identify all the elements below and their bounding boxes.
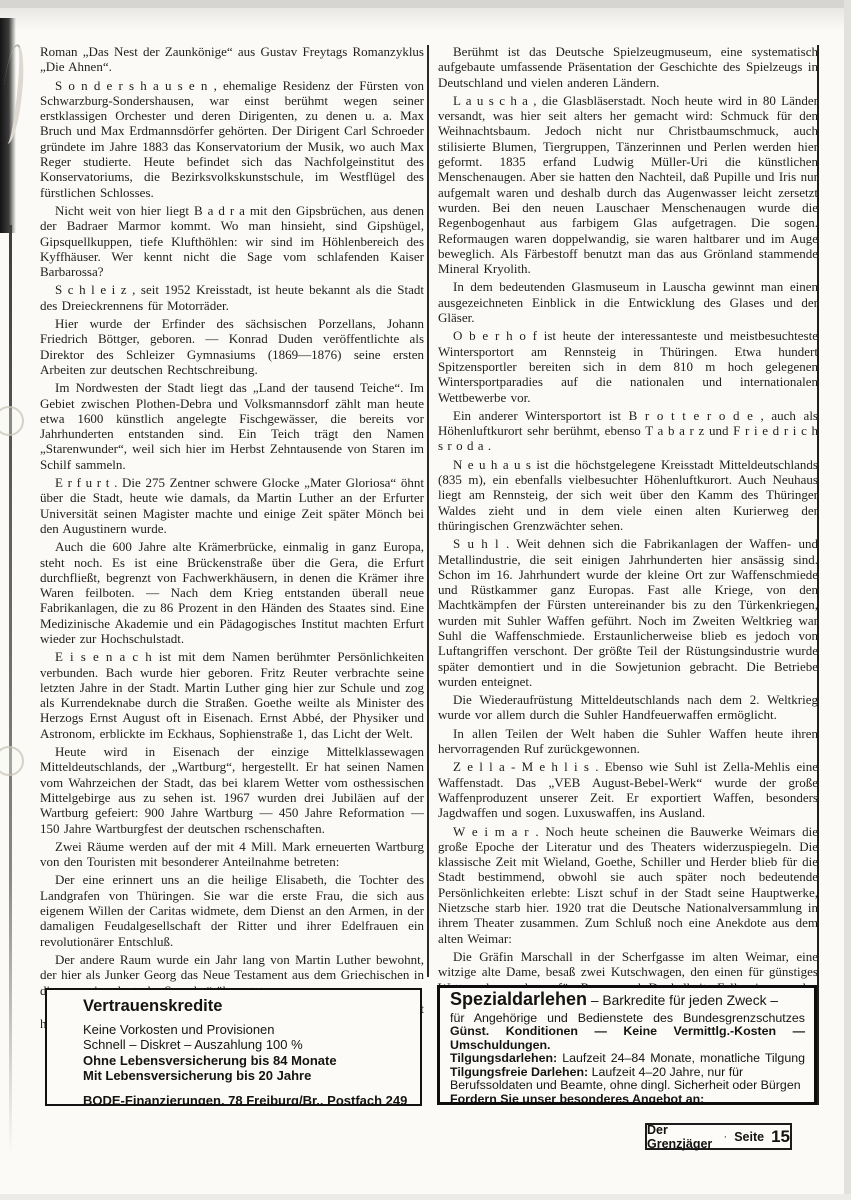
paragraph: In allen Teilen der Welt haben die Suhle… (438, 726, 818, 757)
paragraph: Die Wiederaufrüstung Mitteldeutschlands … (438, 692, 818, 723)
text-segment: Ohne Lebensversicherung bis 84 Monate (83, 1053, 337, 1068)
paragraph: Roman „Das Nest der Zaunkönige“ aus Gust… (40, 44, 424, 75)
column-divider-rule (427, 45, 429, 977)
punch-hole (0, 746, 24, 776)
binding-crease-line (9, 225, 12, 1155)
paragraph: W e i m a r . Noch heute scheinen die Ba… (438, 824, 818, 946)
paragraph: Zwei Räume werden auf der mit 4 Mill. Ma… (40, 839, 424, 870)
paragraph: E r f u r t . Die 275 Zentner schwere Gl… (40, 475, 424, 536)
paragraph: Auch die 600 Jahre alte Krämerbrücke, ei… (40, 539, 424, 646)
ad-line: Ohne Lebensversicherung bis 84 Monate (83, 1053, 408, 1069)
paragraph: L a u s c h a , die Glasbläserstadt. Noc… (438, 93, 818, 277)
paragraph: S u h l . Weit dehnen sich die Fabrikanl… (438, 536, 818, 689)
paragraph: Der eine erinnert uns an die heilige Eli… (40, 872, 424, 948)
ad-spezialdarlehen: Spezialdarlehen – Barkredite für jeden Z… (437, 985, 817, 1105)
paragraph: Nicht weit von hier liegt B a d r a mit … (40, 203, 424, 279)
paragraph: Ein anderer Wintersportort ist B r o t t… (438, 408, 818, 454)
text-segment: Vertrauenskredite (83, 997, 222, 1015)
scan-edge-right (844, 0, 851, 1200)
scan-edge-top-fade (0, 8, 851, 30)
text-column-left: Roman „Das Nest der Zaunkönige“ aus Gust… (40, 44, 424, 1034)
text-segment: Schnell – Diskret – Auszahlung 100 % (83, 1037, 303, 1052)
ad-line: Günst. Konditionen — Keine Vermittlg.-Ko… (450, 1025, 805, 1052)
page-label: Seite (734, 1130, 764, 1144)
text-segment: BODE-Finanzierungen, 78 Freiburg/Br., Po… (83, 1093, 407, 1107)
paragraph: Berühmt ist das Deutsche Spielzeugmuseum… (438, 44, 818, 90)
page-number: 15 (771, 1127, 790, 1147)
text-segment: Keine Vorkosten und Provisionen (83, 1022, 275, 1037)
page-footer: Der Grenzjäger · Seite 15 (645, 1123, 792, 1150)
paragraph: N e u h a u s ist die höchstgelegene Kre… (438, 457, 818, 533)
text-column-right: Berühmt ist das Deutsche Spielzeugmuseum… (438, 44, 818, 1047)
text-segment: Fordern Sie unser besonderes Angebot an: (450, 1092, 704, 1106)
text-segment: für Angehörige und Bedienstete des Bunde… (450, 1011, 805, 1025)
text-segment: Tilgungsfreie Darlehen: (450, 1065, 588, 1079)
text-segment: Günst. Konditionen — Keine Vermittlg.-Ko… (450, 1024, 805, 1052)
paragraph: E i s e n a c h ist mit dem Namen berühm… (40, 649, 424, 741)
paragraph: Hier wurde der Erfinder des sächsischen … (40, 316, 424, 377)
ad-line: Keine Vorkosten und Provisionen (83, 1022, 408, 1038)
footer-separator: · (724, 1131, 728, 1143)
ad-line: Vertrauenskredite (83, 999, 408, 1015)
text-segment: Tilgungsdarlehen: (450, 1051, 557, 1065)
ad-line: Fordern Sie unser besonderes Angebot an: (450, 1093, 805, 1106)
paragraph: In dem bedeutenden Glasmuseum in Lauscha… (438, 279, 818, 325)
paragraph: Z e l l a - M e h l i s . Ebenso wie Suh… (438, 759, 818, 820)
paragraph: Heute wird in Eisenach der einzige Mitte… (40, 744, 424, 836)
publication-title: Der Grenzjäger (647, 1123, 717, 1151)
paragraph: O b e r h o f ist heute der interessante… (438, 328, 818, 404)
ad-line: Tilgungsfreie Darlehen: Laufzeit 4–20 Ja… (450, 1066, 805, 1093)
scanned-page: Roman „Das Nest der Zaunkönige“ aus Gust… (0, 0, 851, 1200)
scan-edge-top (0, 0, 851, 8)
ad-line: Tilgungsdarlehen: Laufzeit 24–84 Monate,… (450, 1052, 805, 1066)
text-segment: Mit Lebensversicherung bis 20 Jahre (83, 1068, 311, 1083)
text-segment: Laufzeit 24–84 Monate, monatliche Tilgun… (557, 1051, 805, 1065)
paragraph: S o n d e r s h a u s e n , ehemalige Re… (40, 78, 424, 200)
text-segment: Spezialdarlehen (450, 989, 587, 1009)
ad-line: für Angehörige und Bedienstete des Bunde… (450, 1012, 805, 1026)
scan-edge-bottom (0, 1194, 851, 1200)
paragraph: S c h l e i z , seit 1952 Kreisstadt, is… (40, 282, 424, 313)
ad-line: Schnell – Diskret – Auszahlung 100 % (83, 1037, 408, 1053)
ad-line: Mit Lebensversicherung bis 20 Jahre (83, 1068, 408, 1084)
text-segment: – Barkredite für jeden Zweck – (587, 993, 778, 1008)
right-edge-rule (817, 45, 819, 1105)
punch-hole (0, 406, 24, 436)
ad-line: BODE-Finanzierungen, 78 Freiburg/Br., Po… (83, 1093, 408, 1107)
ad-vertrauenskredite: VertrauenskrediteKeine Vorkosten und Pro… (45, 988, 422, 1106)
ad-line: Spezialdarlehen – Barkredite für jeden Z… (450, 993, 805, 1009)
paragraph: Im Nordwesten der Stadt liegt das „Land … (40, 380, 424, 472)
